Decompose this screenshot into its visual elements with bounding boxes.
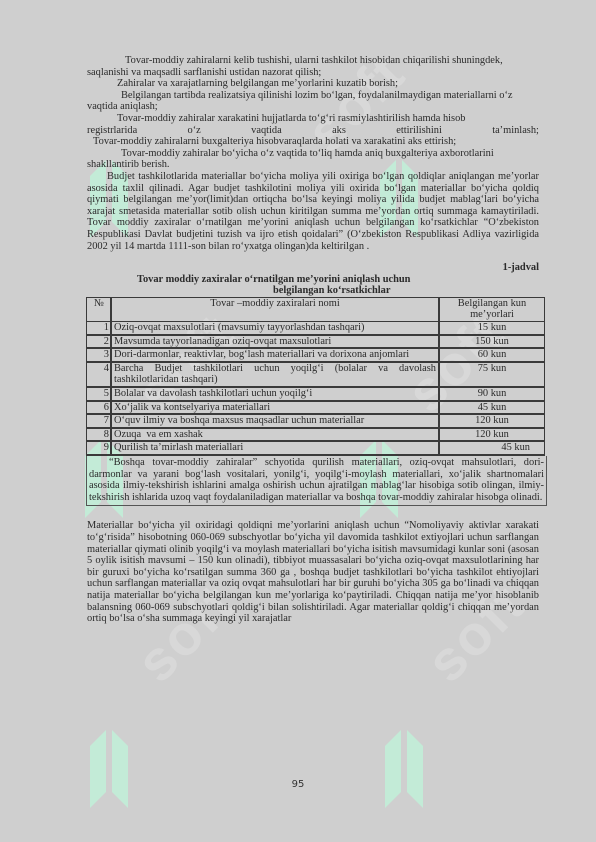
row-number: 1 bbox=[87, 322, 112, 335]
table-title: Tovar moddiy zaxiralar o‘rnatilgan me’yo… bbox=[137, 274, 539, 286]
row-value: 15 kun bbox=[439, 322, 545, 335]
word: vaqtida bbox=[251, 125, 282, 137]
row-value: 120 kun bbox=[439, 414, 545, 428]
row-number: 7 bbox=[87, 414, 112, 428]
table-row: 8 Ozuqa va em xashak 120 kun bbox=[87, 428, 545, 442]
row-name: Barcha Budjet tashkilotlari uchun yoqilg… bbox=[111, 362, 439, 387]
row-number: 3 bbox=[87, 348, 112, 362]
body-paragraph: Budjet tashkilotlarida materiallar bo‘yi… bbox=[87, 171, 539, 252]
row-name: Bolalar va davolash tashkilotlari uchun … bbox=[111, 387, 439, 401]
list-item: Belgilangan tartibda realizatsiya qilini… bbox=[87, 90, 539, 113]
list-item: Tovar-moddiy zahiralarni buxgalteriya hi… bbox=[87, 136, 539, 148]
norms-table: № Tovar –moddiy zaxiralari nomi Belgilan… bbox=[86, 297, 545, 456]
document-page: soft soft soft soft soft Tovar-moddiy za… bbox=[0, 0, 596, 842]
table-row: 3 Dori-darmonlar, reaktivlar, bog‘lash m… bbox=[87, 348, 545, 362]
spacer bbox=[87, 506, 539, 520]
table-label: 1-jadval bbox=[87, 262, 539, 274]
table-title-line2: belgilangan ko‘rsatkichlar bbox=[273, 285, 539, 297]
header-number: № bbox=[87, 297, 112, 321]
table-row: 7 O‘quv ilmiy va boshqa maxsus maqsadlar… bbox=[87, 414, 545, 428]
table-row: 1 Oziq-ovqat maxsulotlari (mavsumiy tayy… bbox=[87, 322, 545, 335]
closing-paragraph: Materiallar bo‘yicha yil oxiridagi qoldi… bbox=[87, 520, 539, 624]
row-number: 2 bbox=[87, 335, 112, 349]
row-name: Qurilish ta’mirlash materiallari bbox=[111, 441, 439, 455]
row-value: 75 kun bbox=[439, 362, 545, 387]
row-number: 9 bbox=[87, 441, 112, 455]
row-name: Xo‘jalik va kontselyariya materiallari bbox=[111, 401, 439, 415]
row-name: Ozuqa va em xashak bbox=[111, 428, 439, 442]
row-value: 45 kun bbox=[439, 401, 545, 415]
word: ettirilishini bbox=[396, 125, 442, 137]
table-note-text: “Boshqa tovar-moddiy zahiralar” schyotid… bbox=[89, 457, 544, 503]
table-note: “Boshqa tovar-moddiy zahiralar” schyotid… bbox=[86, 456, 547, 506]
row-value: 60 kun bbox=[439, 348, 545, 362]
row-number: 5 bbox=[87, 387, 112, 401]
row-number: 8 bbox=[87, 428, 112, 442]
row-name: Oziq-ovqat maxsulotlari (mavsumiy tayyor… bbox=[111, 322, 439, 335]
row-number: 6 bbox=[87, 401, 112, 415]
row-number: 4 bbox=[87, 362, 112, 387]
row-value: 45 kun bbox=[439, 441, 545, 455]
table-header-row: № Tovar –moddiy zaxiralari nomi Belgilan… bbox=[87, 297, 545, 321]
list-item: Zahiralar va xarajatlarning belgilangan … bbox=[87, 78, 539, 90]
list-item: Tovar-moddiy zahiralar xarakatini hujjat… bbox=[87, 113, 539, 125]
table-row: 6 Xo‘jalik va kontselyariya materiallari… bbox=[87, 401, 545, 415]
row-name: Mavsumda tayyorlanadigan oziq-ovqat maxs… bbox=[111, 335, 439, 349]
row-name: Dori-darmonlar, reaktivlar, bog‘lash mat… bbox=[111, 348, 439, 362]
row-value: 120 kun bbox=[439, 428, 545, 442]
page-number: 95 bbox=[0, 779, 596, 790]
row-value: 150 kun bbox=[439, 335, 545, 349]
document-body: Tovar-moddiy zahiralarni kelib tushishi,… bbox=[87, 55, 539, 625]
row-name: O‘quv ilmiy va boshqa maxsus maqsadlar u… bbox=[111, 414, 439, 428]
header-name: Tovar –moddiy zaxiralari nomi bbox=[111, 297, 439, 321]
word: o‘z bbox=[188, 125, 201, 137]
word: ta’minlash; bbox=[492, 125, 539, 137]
word: aks bbox=[332, 125, 346, 137]
list-item: Tovar-moddiy zahiralar bo‘yicha o‘z vaqt… bbox=[87, 148, 539, 171]
justified-line: registrlarida o‘z vaqtida aks ettirilish… bbox=[87, 125, 539, 137]
header-days: Belgilangan kun me’yorlari bbox=[439, 297, 545, 321]
table-row: 5 Bolalar va davolash tashkilotlari uchu… bbox=[87, 387, 545, 401]
list-item: Tovar-moddiy zahiralarni kelib tushishi,… bbox=[87, 55, 539, 78]
table-row: 9 Qurilish ta’mirlash materiallari 45 ku… bbox=[87, 441, 545, 455]
table-row: 4 Barcha Budjet tashkilotlari uchun yoqi… bbox=[87, 362, 545, 387]
table-row: 2 Mavsumda tayyorlanadigan oziq-ovqat ma… bbox=[87, 335, 545, 349]
word: registrlarida bbox=[87, 125, 137, 137]
row-value: 90 kun bbox=[439, 387, 545, 401]
